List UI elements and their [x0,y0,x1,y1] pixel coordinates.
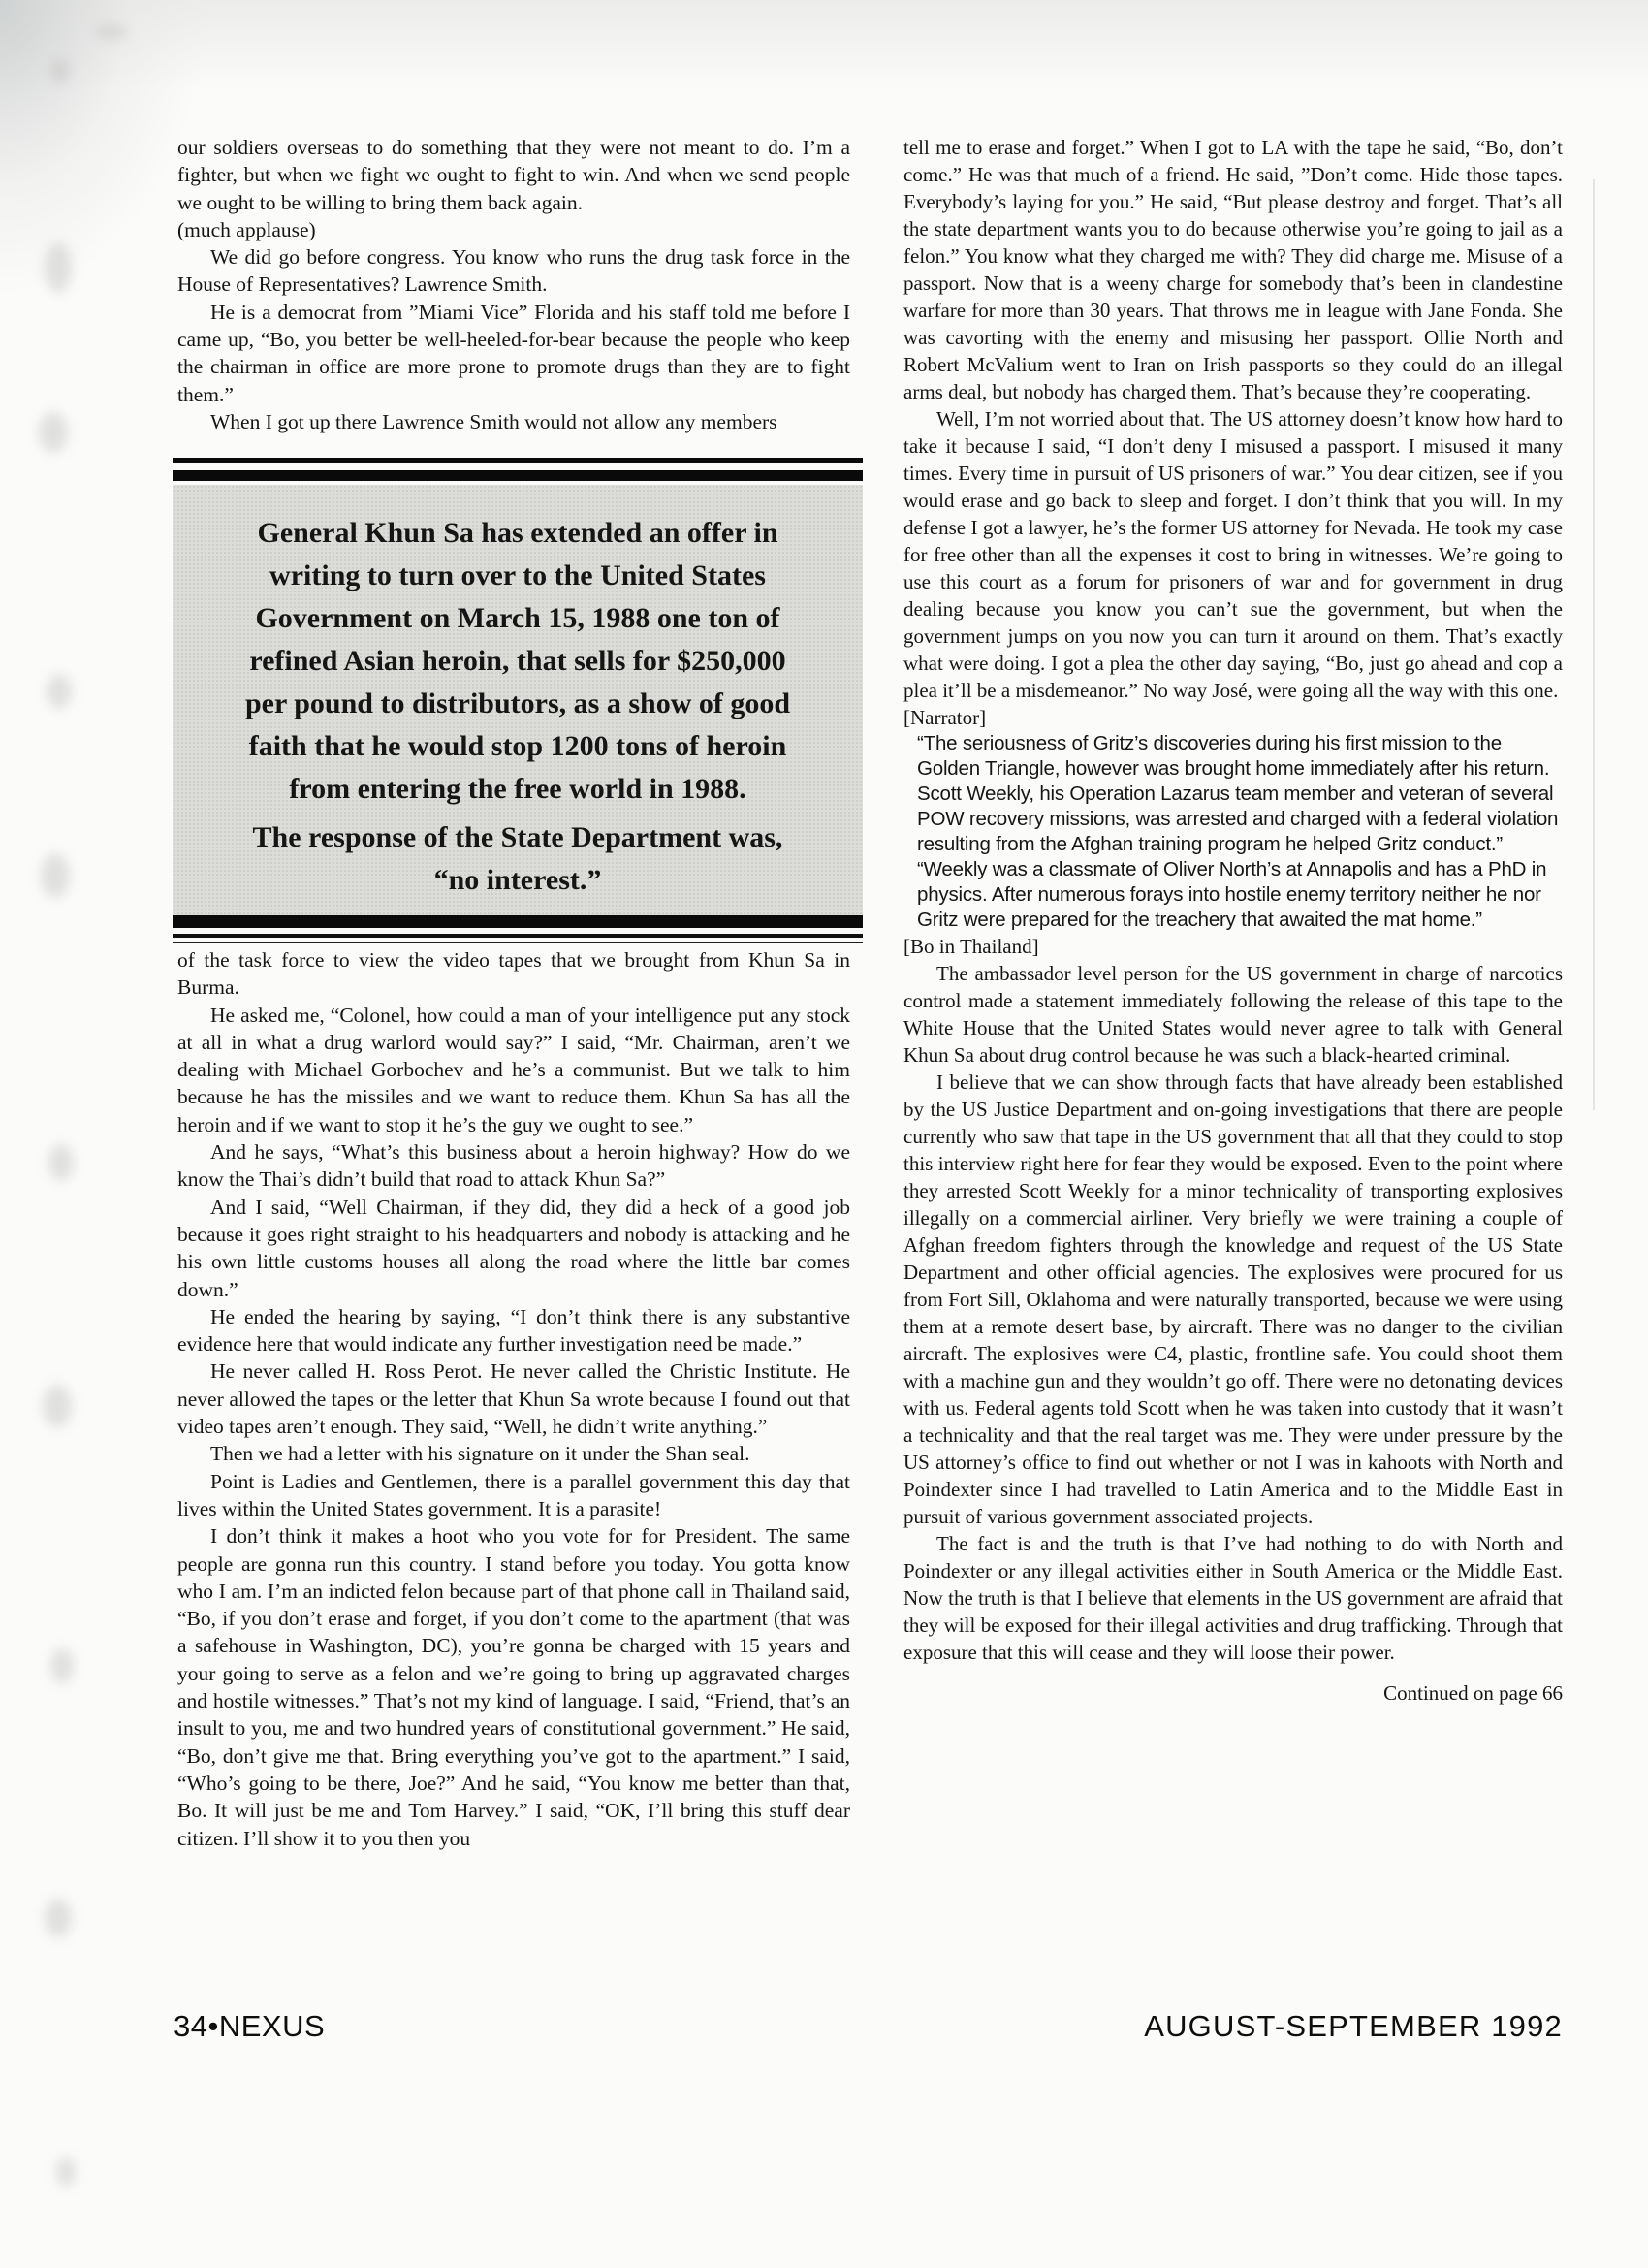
paragraph: our soldiers overseas to do something th… [177,134,850,216]
paragraph: I believe that we can show through facts… [903,1069,1563,1530]
issue-date: AUGUST-SEPTEMBER 1992 [903,2009,1563,2044]
paragraph: And I said, “Well Chairman, if they did,… [177,1194,850,1303]
paragraph: Then we had a letter with his signature … [177,1440,850,1467]
scan-top-shadow [0,0,1648,102]
scan-artifact [39,412,68,453]
left-column-upper-text: our soldiers overseas to do something th… [177,134,850,435]
paragraph: tell me to erase and forget.” When I got… [903,134,1563,405]
magazine-page: our soldiers overseas to do something th… [0,0,1648,2268]
paragraph: “The seriousness of Gritz’s discoveries … [903,731,1563,857]
paragraph: [Bo in Thailand] [903,933,1563,960]
paragraph: The fact is and the truth is that I’ve h… [903,1530,1563,1666]
page-number: 34•NEXUS [174,2009,325,2044]
pullquote-rule-thick-bottom [173,915,863,928]
scan-artifact [45,1899,72,1937]
paragraph: I don’t think it makes a hoot who you vo… [177,1522,850,1852]
paragraph: We did go before congress. You know who … [177,243,850,299]
paragraph: of the task force to view the video tape… [177,946,850,1002]
pullquote-body: General Khun Sa has extended an offer in… [173,485,863,915]
pullquote-rule-thin-bottom-1 [173,934,863,938]
paragraph: The ambassador level person for the US g… [903,960,1563,1069]
scan-corner-shadow [0,0,204,291]
paragraph: Continued on page 66 [903,1679,1563,1707]
scan-artifact [50,1648,74,1683]
paragraph: When I got up there Lawrence Smith would… [177,408,850,435]
paragraph: He ended the hearing by saying, “I don’t… [177,1303,850,1358]
paragraph: He is a democrat from ”Miami Vice” Flori… [177,299,850,408]
paragraph: Well, I’m not worried about that. The US… [903,405,1563,704]
pullquote-text: General Khun Sa has extended an offer in… [192,512,843,811]
scan-artifact [56,2157,76,2187]
scan-artifact [47,674,72,709]
pullquote-rule-thin-bottom-2 [173,942,863,943]
paragraph: “Weekly was a classmate of Oliver North’… [903,857,1563,933]
scan-artifact [41,853,70,898]
scan-artifact [95,25,128,39]
paragraph: And he says, “What’s this business about… [177,1138,850,1194]
pullquote-rule-thin-top [173,458,863,463]
paragraph: He never called H. Ross Perot. He never … [177,1358,850,1440]
pullquote-response: The response of the State Department was… [192,816,843,902]
scan-artifact [45,242,72,293]
paragraph: Point is Ladies and Gentlemen, there is … [177,1468,850,1523]
scan-edge-line [1593,179,1595,1110]
scan-artifact [48,1144,74,1181]
pullquote-box: General Khun Sa has extended an offer in… [173,458,863,943]
left-column-lower-text: of the task force to view the video tape… [177,946,850,1852]
paragraph: (much applause) [177,216,850,243]
scan-artifact [50,58,70,83]
paragraph: [Narrator] [903,704,1563,731]
right-column-text: tell me to erase and forget.” When I got… [903,134,1563,1707]
pullquote-rule-thick-top [173,470,863,481]
scan-artifact [43,1385,72,1427]
paragraph: He asked me, “Colonel, how could a man o… [177,1002,850,1138]
